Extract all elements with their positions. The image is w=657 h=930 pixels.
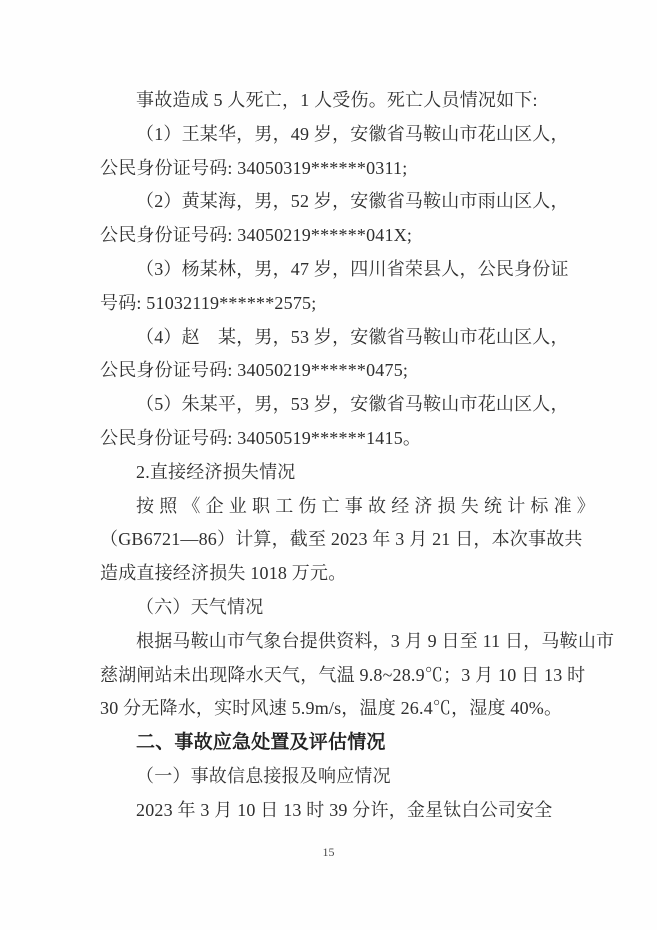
document-page: 事故造成 5 人死亡，1 人受伤。死亡人员情况如下:（1）王某华，男，49 岁，… [0, 0, 657, 930]
victim-5-id-line: 公民身份证号码: 34050519******1415。 [100, 422, 559, 456]
economic-loss-line-3: 造成直接经济损失 1018 万元。 [100, 557, 559, 591]
victim-1-line: （1）王某华，男，49 岁，安徽省马鞍山市花山区人， [100, 118, 559, 152]
section-2-heading-line: 二、事故应急处置及评估情况 [100, 726, 559, 760]
victim-3-id-line: 号码: 51032119******2575; [100, 287, 559, 321]
victim-4-id-line: 公民身份证号码: 34050219******0475; [100, 354, 559, 388]
victim-4-line: （4）赵 某，男，53 岁，安徽省马鞍山市花山区人， [100, 321, 559, 355]
casualty-summary-line: 事故造成 5 人死亡，1 人受伤。死亡人员情况如下: [100, 84, 559, 118]
weather-heading-line: （六）天气情况 [100, 591, 559, 625]
weather-line-3: 30 分无降水，实时风速 5.9m/s，温度 26.4℃，湿度 40%。 [100, 692, 559, 726]
victim-2-line: （2）黄某海，男，52 岁，安徽省马鞍山市雨山区人， [100, 185, 559, 219]
document-text-block: 事故造成 5 人死亡，1 人受伤。死亡人员情况如下:（1）王某华，男，49 岁，… [100, 84, 559, 828]
subsection-1-heading-line: （一）事故信息接报及响应情况 [100, 760, 559, 794]
economic-loss-heading-line: 2.直接经济损失情况 [100, 456, 559, 490]
economic-loss-line-2: （GB6721—86）计算，截至 2023 年 3 月 21 日，本次事故共 [100, 523, 559, 557]
victim-5-line: （5）朱某平，男，53 岁，安徽省马鞍山市花山区人， [100, 388, 559, 422]
page-number: 15 [0, 845, 657, 860]
weather-line-1: 根据马鞍山市气象台提供资料，3 月 9 日至 11 日，马鞍山市 [100, 625, 559, 659]
economic-loss-line-1: 按照《企业职工伤亡事故经济损失统计标准》 [100, 490, 559, 524]
weather-line-2: 慈湖闸站未出现降水天气，气温 9.8~28.9℃；3 月 10 日 13 时 [100, 659, 559, 693]
response-line-1: 2023 年 3 月 10 日 13 时 39 分许，金星钛白公司安全 [100, 794, 559, 828]
victim-1-id-line: 公民身份证号码: 34050319******0311; [100, 152, 559, 186]
victim-3-line: （3）杨某林，男，47 岁，四川省荣县人，公民身份证 [100, 253, 559, 287]
victim-2-id-line: 公民身份证号码: 34050219******041X; [100, 219, 559, 253]
